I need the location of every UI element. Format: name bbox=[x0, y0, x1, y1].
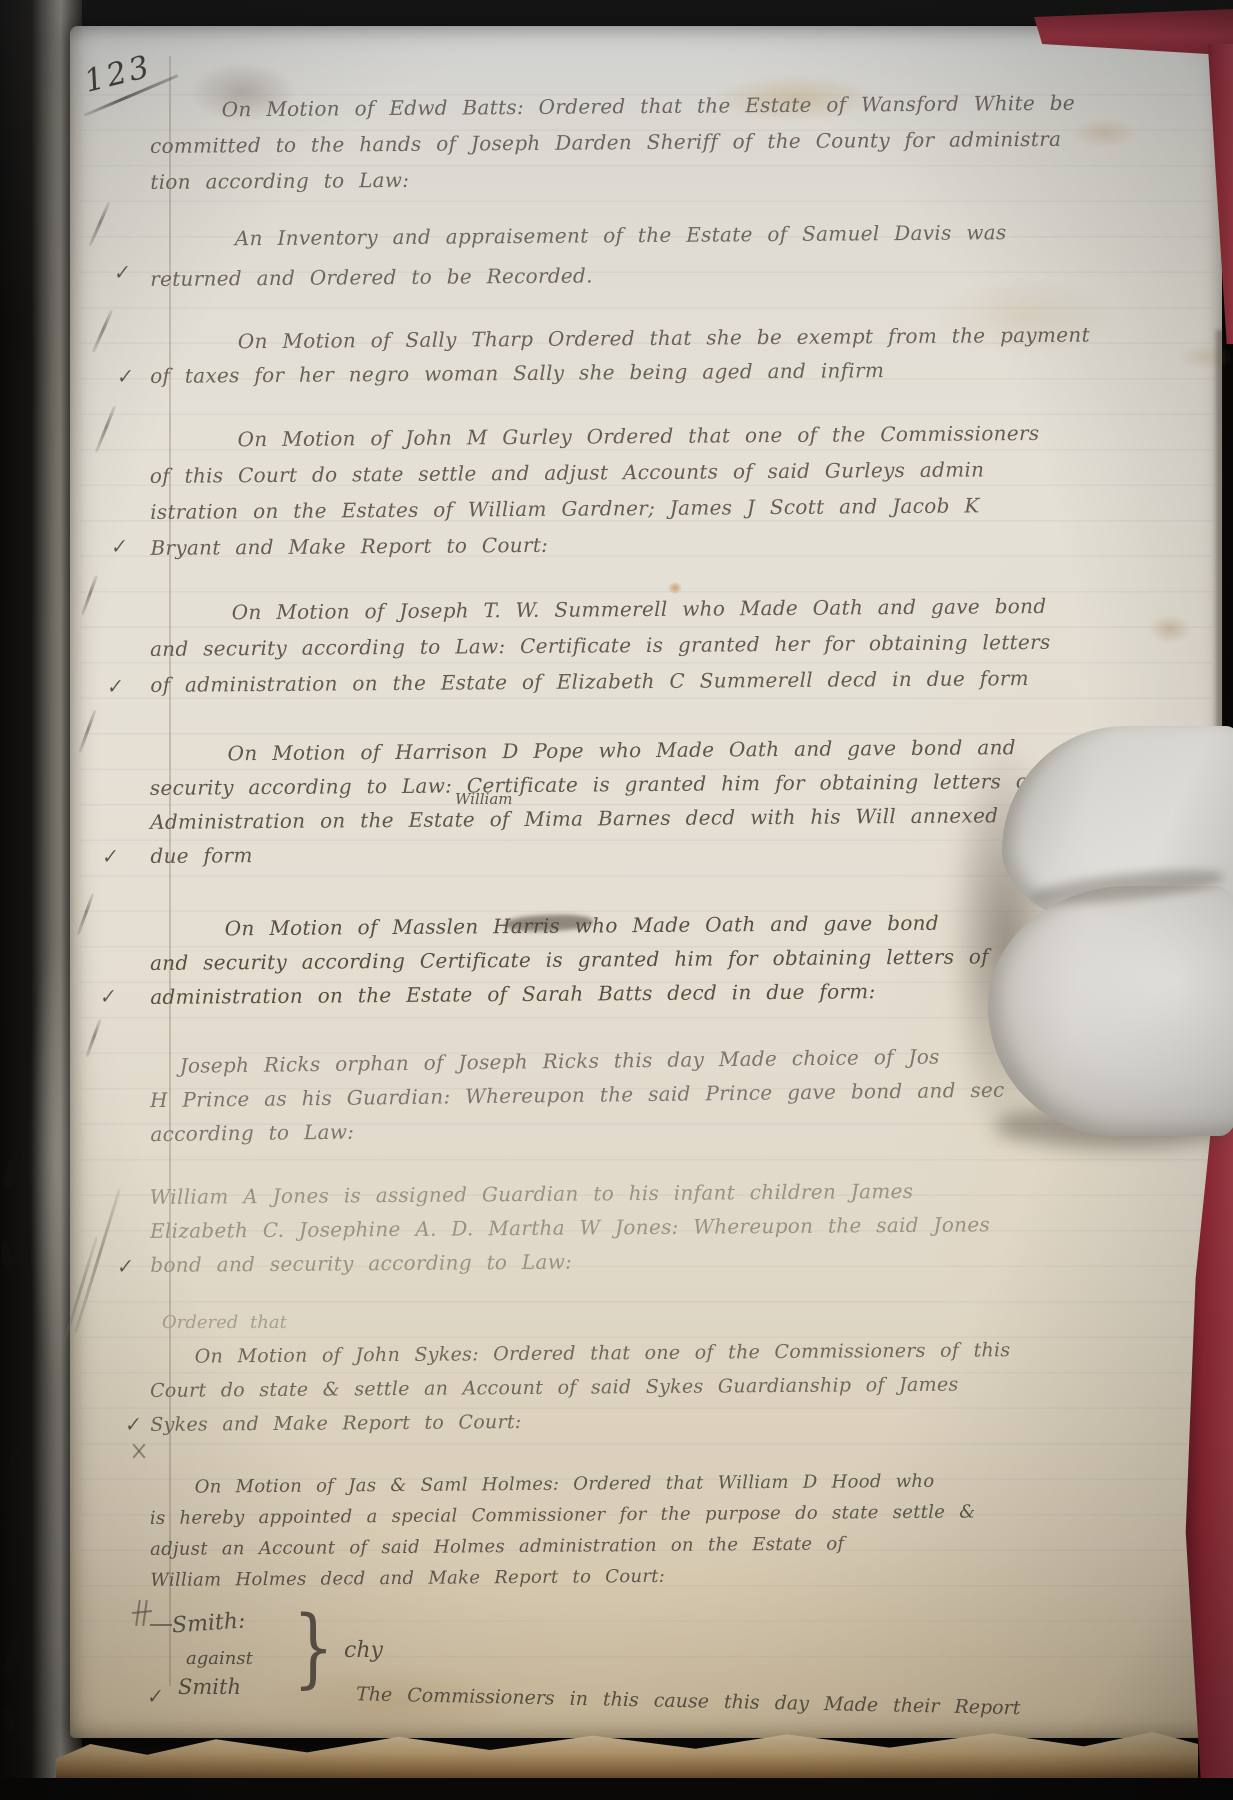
margin-check-mark: ✓ bbox=[145, 1685, 164, 1709]
caption-brace: } bbox=[293, 1598, 334, 1698]
margin-check-mark: ✓ bbox=[123, 1413, 142, 1437]
court-entry-gurley: On Motion of John M Gurley Ordered that … bbox=[149, 414, 1150, 566]
caption-dash bbox=[150, 1624, 172, 1626]
margin-check-mark: ✓ bbox=[115, 1255, 134, 1279]
court-entry-batts-white: On Motion of Edwd Batts: Ordered that th… bbox=[150, 84, 1151, 200]
margin-check-mark: ✓ bbox=[98, 985, 117, 1009]
court-entry-sykes: On Motion of John Sykes: Ordered that on… bbox=[150, 1332, 1151, 1442]
foxing-stain bbox=[1148, 614, 1192, 644]
caption-party2: Smith bbox=[178, 1675, 241, 1699]
margin-check-mark: ✓ bbox=[112, 261, 131, 285]
margin-x-mark bbox=[130, 1442, 148, 1460]
court-entry-holmes-hood: On Motion of Jas & Saml Holmes: Ordered … bbox=[150, 1464, 1151, 1596]
caption-annotation: chy bbox=[344, 1638, 383, 1663]
margin-check-mark: ✓ bbox=[100, 845, 119, 869]
margin-check-mark: ✓ bbox=[115, 365, 134, 389]
court-entry-summerell: On Motion of Joseph T. W. Summerell who … bbox=[150, 587, 1151, 703]
margin-check-mark: ✓ bbox=[109, 535, 128, 559]
court-entry-jones-guardian: William A Jones is assigned Guardian to … bbox=[150, 1172, 1151, 1282]
margin-check-mark: ✓ bbox=[105, 675, 124, 699]
manuscript-photo: 123 On Motion of Edwd Batts: Ordered tha… bbox=[0, 0, 1233, 1800]
faint-false-start: Ordered that bbox=[162, 1312, 287, 1333]
court-entry-inventory-davis: An Inventory and appraisement of the Est… bbox=[150, 211, 1151, 299]
margin-hash-mark bbox=[132, 1600, 152, 1626]
caption-versus: against bbox=[186, 1648, 253, 1669]
caption-party1: Smith: bbox=[171, 1608, 246, 1638]
foxing-stain bbox=[1178, 344, 1233, 370]
interlinear-insertion: William bbox=[455, 790, 513, 808]
court-entry-tharp: On Motion of Sally Tharp Ordered that sh… bbox=[150, 317, 1151, 393]
photo-black-border bbox=[0, 1778, 1233, 1800]
